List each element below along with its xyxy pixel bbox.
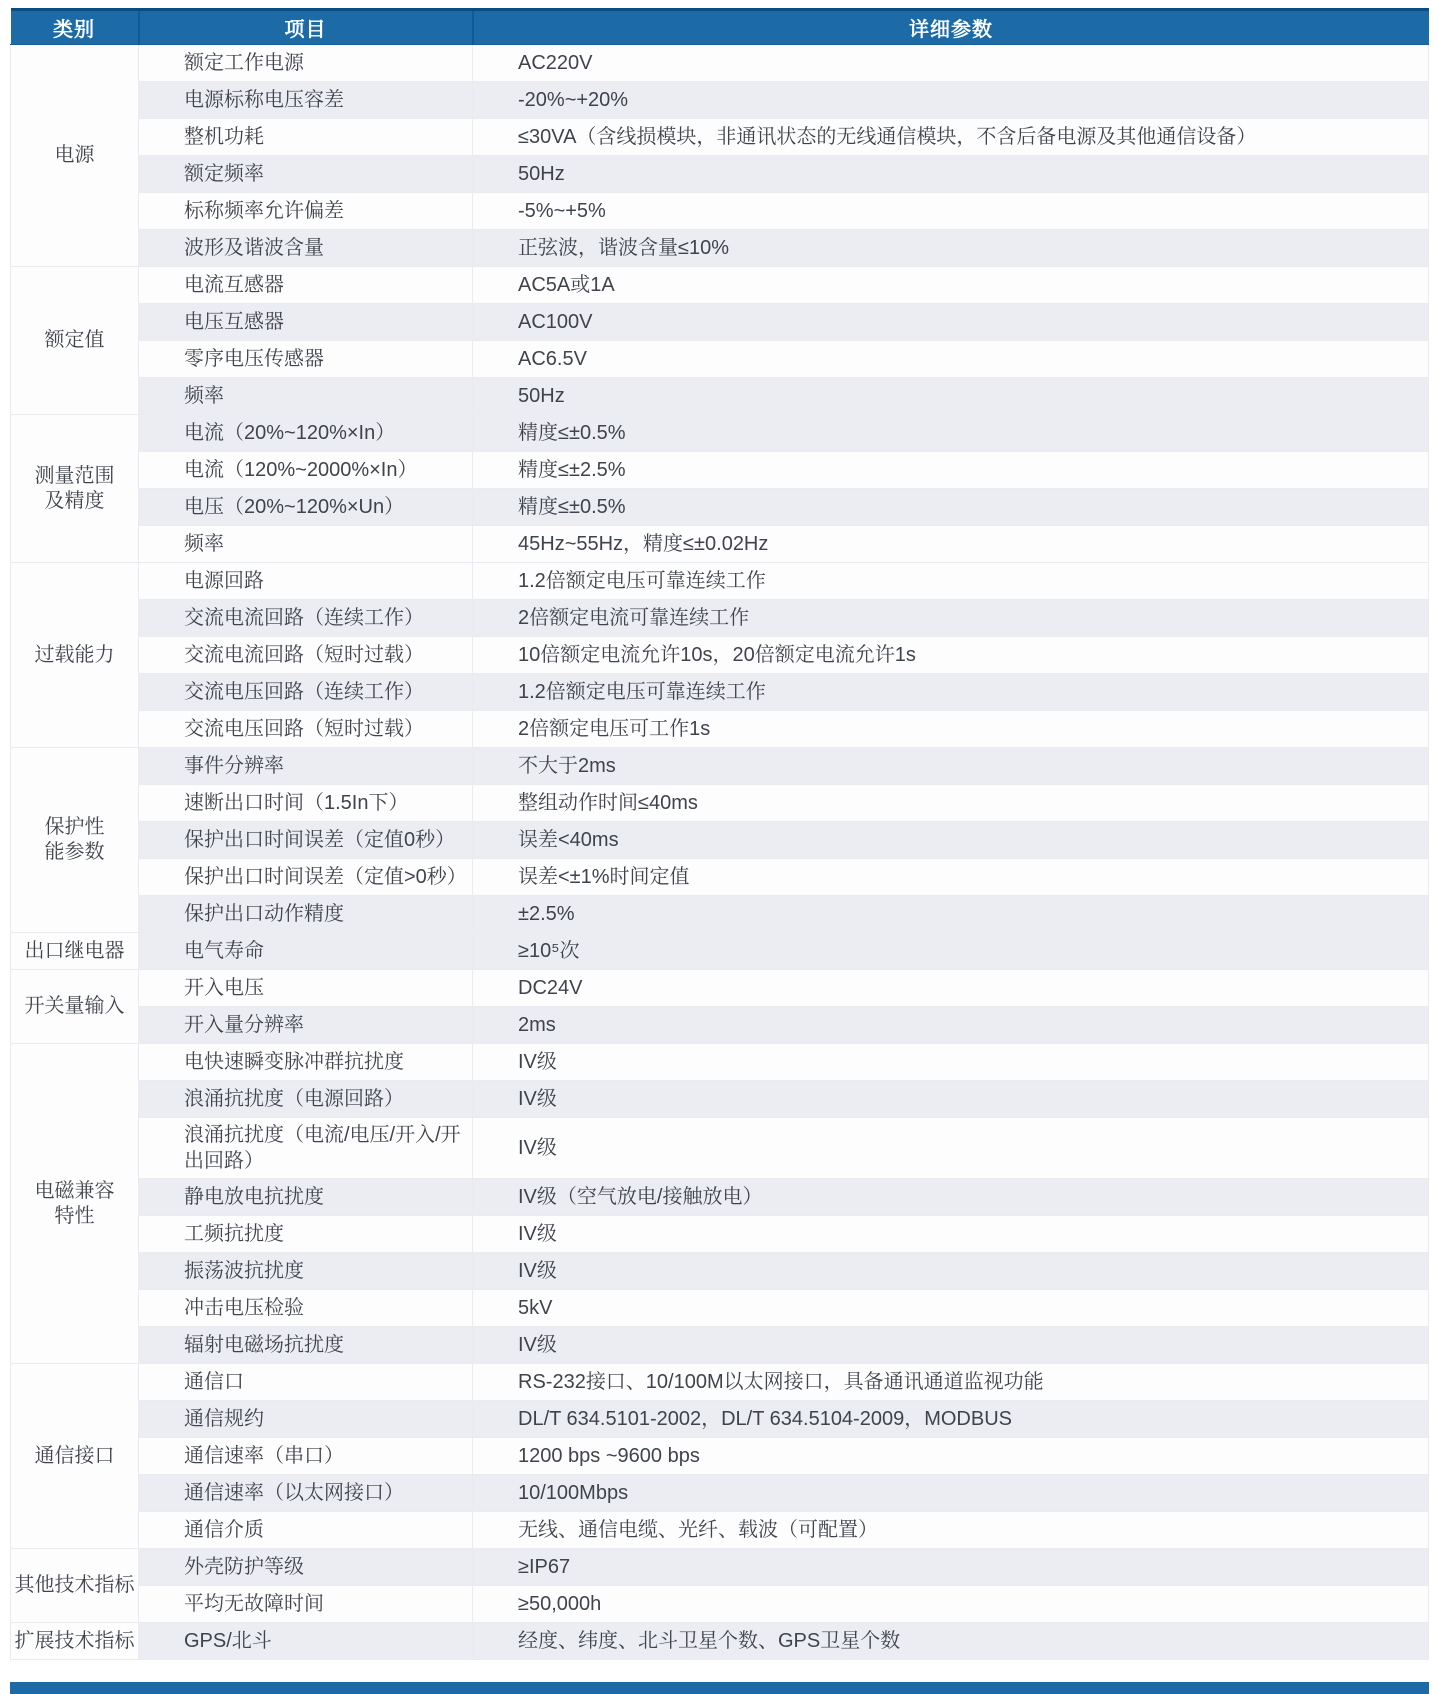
item-cell: 电压（20%~120%×Un） <box>139 489 473 526</box>
item-cell: 通信介质 <box>139 1512 473 1549</box>
item-cell: 电压互感器 <box>139 304 473 341</box>
item-cell: 交流电流回路（连续工作） <box>139 600 473 637</box>
value-cell: IV级 <box>473 1081 1429 1118</box>
value-cell: ±2.5% <box>473 896 1429 933</box>
item-cell: 整机功耗 <box>139 119 473 156</box>
item-cell: 振荡波抗扰度 <box>139 1253 473 1290</box>
item-cell: 交流电压回路（短时过载） <box>139 711 473 748</box>
value-cell: 2倍额定电压可工作1s <box>473 711 1429 748</box>
column-header-category: 类别 <box>11 10 139 45</box>
value-cell: 1.2倍额定电压可靠连续工作 <box>473 674 1429 711</box>
spec-row: 开入量分辨率2ms <box>11 1007 1429 1044</box>
value-cell: IV级 <box>473 1253 1429 1290</box>
spec-row: 电压互感器AC100V <box>11 304 1429 341</box>
value-cell: 5kV <box>473 1290 1429 1327</box>
spec-row: 整机功耗≤30VA（含线损模块，非通讯状态的无线通信模块，不含后备电源及其他通信… <box>11 119 1429 156</box>
value-cell: 10倍额定电流允许10s，20倍额定电流允许1s <box>473 637 1429 674</box>
value-cell: 2倍额定电流可靠连续工作 <box>473 600 1429 637</box>
category-cell: 开关量输入 <box>11 970 139 1044</box>
item-cell: 频率 <box>139 526 473 563</box>
value-cell: IV级 <box>473 1044 1429 1081</box>
item-cell: GPS/北斗 <box>139 1623 473 1660</box>
spec-row: 标称频率允许偏差-5%~+5% <box>11 193 1429 230</box>
item-cell: 保护出口时间误差（定值>0秒） <box>139 859 473 896</box>
spec-row: 扩展技术指标GPS/北斗经度、纬度、北斗卫星个数、GPS卫星个数 <box>11 1623 1429 1660</box>
item-cell: 保护出口动作精度 <box>139 896 473 933</box>
spec-row: 电流（120%~2000%×In）精度≤±2.5% <box>11 452 1429 489</box>
item-cell: 冲击电压检验 <box>139 1290 473 1327</box>
spec-row: 保护出口动作精度±2.5% <box>11 896 1429 933</box>
spec-row: 辐射电磁场抗扰度IV级 <box>11 1327 1429 1364</box>
value-cell: 50Hz <box>473 156 1429 193</box>
header-row: 类别 项目 详细参数 <box>11 10 1429 45</box>
item-cell: 通信速率（以太网接口） <box>139 1475 473 1512</box>
spec-row: 工频抗扰度IV级 <box>11 1216 1429 1253</box>
category-cell: 扩展技术指标 <box>11 1623 139 1660</box>
spec-row: 通信速率（以太网接口）10/100Mbps <box>11 1475 1429 1512</box>
value-cell: 正弦波，谐波含量≤10% <box>473 230 1429 267</box>
value-cell: DC24V <box>473 970 1429 1007</box>
spec-row: 浪涌抗扰度（电源回路）IV级 <box>11 1081 1429 1118</box>
category-cell: 测量范围 及精度 <box>11 415 139 563</box>
category-cell: 电磁兼容 特性 <box>11 1044 139 1364</box>
spec-row: 出口继电器电气寿命≥10⁵次 <box>11 933 1429 970</box>
item-cell: 速断出口时间（1.5In下） <box>139 785 473 822</box>
spec-row: 开关量输入开入电压DC24V <box>11 970 1429 1007</box>
spec-row: 额定频率50Hz <box>11 156 1429 193</box>
value-cell: IV级 <box>473 1118 1429 1179</box>
column-header-item: 项目 <box>139 10 473 45</box>
value-cell: 2ms <box>473 1007 1429 1044</box>
spec-row: 保护性 能参数事件分辨率不大于2ms <box>11 748 1429 785</box>
item-cell: 电气寿命 <box>139 933 473 970</box>
value-cell: 10/100Mbps <box>473 1475 1429 1512</box>
spec-row: 通信规约DL/T 634.5101-2002，DL/T 634.5104-200… <box>11 1401 1429 1438</box>
bottom-accent-bar <box>10 1682 1429 1694</box>
value-cell: AC100V <box>473 304 1429 341</box>
value-cell: DL/T 634.5101-2002，DL/T 634.5104-2009，MO… <box>473 1401 1429 1438</box>
value-cell: 不大于2ms <box>473 748 1429 785</box>
value-cell: 整组动作时间≤40ms <box>473 785 1429 822</box>
spec-row: 平均无故障时间≥50,000h <box>11 1586 1429 1623</box>
item-cell: 通信速率（串口） <box>139 1438 473 1475</box>
item-cell: 额定工作电源 <box>139 45 473 82</box>
item-cell: 通信规约 <box>139 1401 473 1438</box>
value-cell: 无线、通信电缆、光纤、载波（可配置） <box>473 1512 1429 1549</box>
spec-row: 交流电压回路（短时过载）2倍额定电压可工作1s <box>11 711 1429 748</box>
spec-row: 电磁兼容 特性电快速瞬变脉冲群抗扰度IV级 <box>11 1044 1429 1081</box>
category-cell: 过载能力 <box>11 563 139 748</box>
spec-row: 其他技术指标外壳防护等级≥IP67 <box>11 1549 1429 1586</box>
item-cell: 额定频率 <box>139 156 473 193</box>
item-cell: 开入量分辨率 <box>139 1007 473 1044</box>
item-cell: 事件分辨率 <box>139 748 473 785</box>
category-cell: 保护性 能参数 <box>11 748 139 933</box>
value-cell: 经度、纬度、北斗卫星个数、GPS卫星个数 <box>473 1623 1429 1660</box>
spec-row: 频率50Hz <box>11 378 1429 415</box>
item-cell: 电快速瞬变脉冲群抗扰度 <box>139 1044 473 1081</box>
item-cell: 静电放电抗扰度 <box>139 1179 473 1216</box>
value-cell: IV级 <box>473 1216 1429 1253</box>
spec-row: 测量范围 及精度电流（20%~120%×In）精度≤±0.5% <box>11 415 1429 452</box>
value-cell: 误差<40ms <box>473 822 1429 859</box>
value-cell: 精度≤±2.5% <box>473 452 1429 489</box>
value-cell: IV级 <box>473 1327 1429 1364</box>
item-cell: 电源回路 <box>139 563 473 600</box>
value-cell: 精度≤±0.5% <box>473 489 1429 526</box>
value-cell: 精度≤±0.5% <box>473 415 1429 452</box>
spec-row: 交流电流回路（短时过载）10倍额定电流允许10s，20倍额定电流允许1s <box>11 637 1429 674</box>
spec-row: 零序电压传感器AC6.5V <box>11 341 1429 378</box>
spec-row: 交流电流回路（连续工作）2倍额定电流可靠连续工作 <box>11 600 1429 637</box>
spec-table: 类别 项目 详细参数 电源额定工作电源AC220V电源标称电压容差-20%~+2… <box>10 8 1429 1660</box>
item-cell: 浪涌抗扰度（电源回路） <box>139 1081 473 1118</box>
spec-row: 浪涌抗扰度（电流/电压/开入/开出回路）IV级 <box>11 1118 1429 1179</box>
value-cell: ≥50,000h <box>473 1586 1429 1623</box>
item-cell: 浪涌抗扰度（电流/电压/开入/开出回路） <box>139 1118 473 1179</box>
value-cell: 1200 bps ~9600 bps <box>473 1438 1429 1475</box>
category-cell: 电源 <box>11 45 139 267</box>
spec-row: 冲击电压检验5kV <box>11 1290 1429 1327</box>
item-cell: 外壳防护等级 <box>139 1549 473 1586</box>
item-cell: 电流（120%~2000%×In） <box>139 452 473 489</box>
spec-row: 交流电压回路（连续工作）1.2倍额定电压可靠连续工作 <box>11 674 1429 711</box>
item-cell: 通信口 <box>139 1364 473 1401</box>
spec-row: 通信速率（串口）1200 bps ~9600 bps <box>11 1438 1429 1475</box>
item-cell: 频率 <box>139 378 473 415</box>
item-cell: 标称频率允许偏差 <box>139 193 473 230</box>
item-cell: 电流互感器 <box>139 267 473 304</box>
spec-row: 电源标称电压容差-20%~+20% <box>11 82 1429 119</box>
spec-row: 静电放电抗扰度IV级（空气放电/接触放电） <box>11 1179 1429 1216</box>
spec-row: 波形及谐波含量正弦波，谐波含量≤10% <box>11 230 1429 267</box>
spec-row: 通信接口通信口RS-232接口、10/100M以太网接口，具备通讯通道监视功能 <box>11 1364 1429 1401</box>
item-cell: 保护出口时间误差（定值0秒） <box>139 822 473 859</box>
value-cell: -5%~+5% <box>473 193 1429 230</box>
spec-row: 过载能力电源回路1.2倍额定电压可靠连续工作 <box>11 563 1429 600</box>
item-cell: 辐射电磁场抗扰度 <box>139 1327 473 1364</box>
spec-row: 速断出口时间（1.5In下）整组动作时间≤40ms <box>11 785 1429 822</box>
category-cell: 额定值 <box>11 267 139 415</box>
value-cell: 45Hz~55Hz，精度≤±0.02Hz <box>473 526 1429 563</box>
value-cell: ≥10⁵次 <box>473 933 1429 970</box>
value-cell: AC6.5V <box>473 341 1429 378</box>
value-cell: IV级（空气放电/接触放电） <box>473 1179 1429 1216</box>
value-cell: -20%~+20% <box>473 82 1429 119</box>
value-cell: 50Hz <box>473 378 1429 415</box>
spec-row: 通信介质无线、通信电缆、光纤、载波（可配置） <box>11 1512 1429 1549</box>
item-cell: 交流电压回路（连续工作） <box>139 674 473 711</box>
item-cell: 平均无故障时间 <box>139 1586 473 1623</box>
spec-row: 振荡波抗扰度IV级 <box>11 1253 1429 1290</box>
spec-sheet-page: 类别 项目 详细参数 电源额定工作电源AC220V电源标称电压容差-20%~+2… <box>0 0 1439 1694</box>
value-cell: AC5A或1A <box>473 267 1429 304</box>
value-cell: AC220V <box>473 45 1429 82</box>
category-cell: 出口继电器 <box>11 933 139 970</box>
spec-row: 额定值电流互感器AC5A或1A <box>11 267 1429 304</box>
item-cell: 交流电流回路（短时过载） <box>139 637 473 674</box>
item-cell: 零序电压传感器 <box>139 341 473 378</box>
spec-table-body: 电源额定工作电源AC220V电源标称电压容差-20%~+20%整机功耗≤30VA… <box>11 45 1429 1660</box>
value-cell: ≥IP67 <box>473 1549 1429 1586</box>
value-cell: RS-232接口、10/100M以太网接口，具备通讯通道监视功能 <box>473 1364 1429 1401</box>
item-cell: 开入电压 <box>139 970 473 1007</box>
category-cell: 其他技术指标 <box>11 1549 139 1623</box>
spec-row: 保护出口时间误差（定值>0秒）误差<±1%时间定值 <box>11 859 1429 896</box>
item-cell: 波形及谐波含量 <box>139 230 473 267</box>
spec-row: 频率45Hz~55Hz，精度≤±0.02Hz <box>11 526 1429 563</box>
category-cell: 通信接口 <box>11 1364 139 1549</box>
value-cell: 1.2倍额定电压可靠连续工作 <box>473 563 1429 600</box>
item-cell: 电流（20%~120%×In） <box>139 415 473 452</box>
spec-table-header: 类别 项目 详细参数 <box>11 10 1429 45</box>
value-cell: ≤30VA（含线损模块，非通讯状态的无线通信模块，不含后备电源及其他通信设备） <box>473 119 1429 156</box>
spec-row: 保护出口时间误差（定值0秒）误差<40ms <box>11 822 1429 859</box>
item-cell: 工频抗扰度 <box>139 1216 473 1253</box>
spec-row: 电压（20%~120%×Un）精度≤±0.5% <box>11 489 1429 526</box>
value-cell: 误差<±1%时间定值 <box>473 859 1429 896</box>
item-cell: 电源标称电压容差 <box>139 82 473 119</box>
spec-row: 电源额定工作电源AC220V <box>11 45 1429 82</box>
column-header-parameter: 详细参数 <box>473 10 1429 45</box>
